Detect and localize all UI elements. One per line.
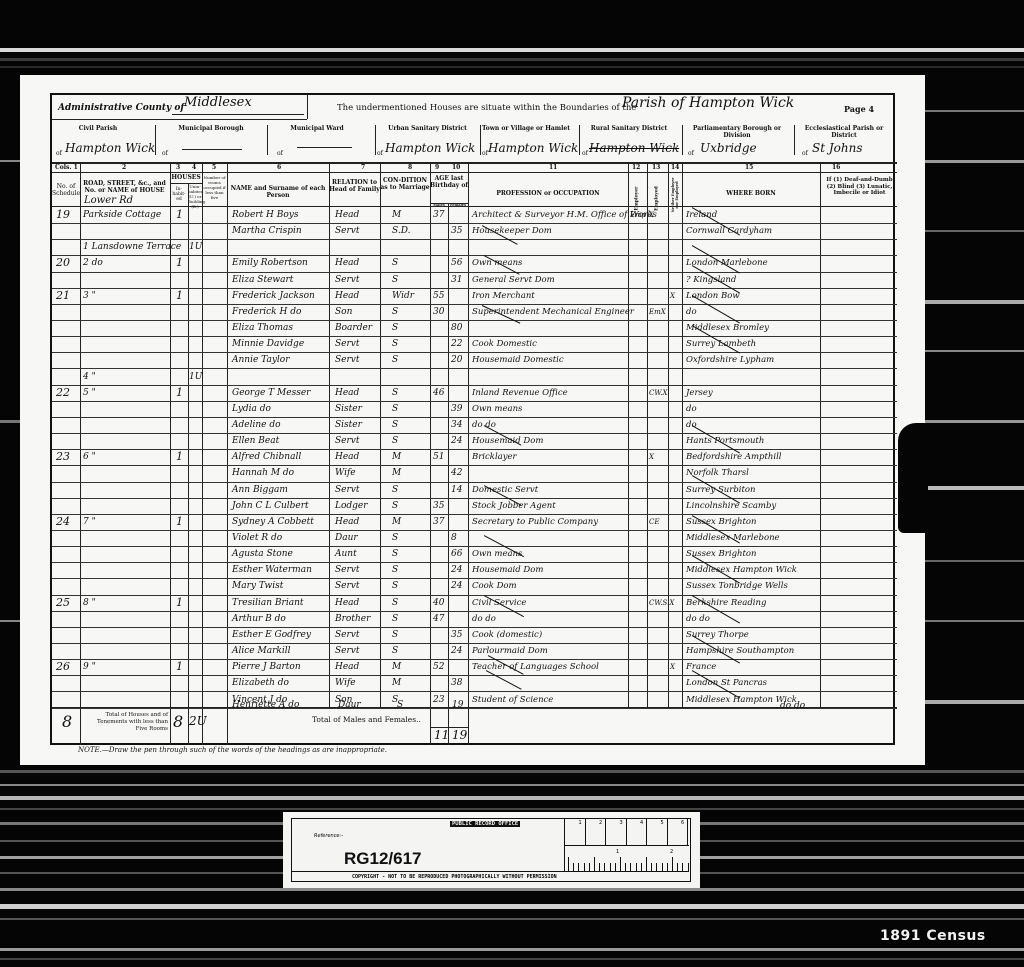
houses-inhabited: 1 — [176, 288, 183, 304]
table-row: Alice MarkillServtS24Parlourmaid DomHamp… — [52, 643, 897, 659]
marital-condition: S — [392, 272, 398, 288]
total-females: 19 — [452, 728, 467, 742]
marital-condition: M — [392, 207, 401, 223]
houses-inhabited: 1 — [176, 659, 183, 675]
table-row: 247 "1Sydney A CobbettHeadM37Secretary t… — [52, 514, 897, 530]
person-name: Martha Crispin — [232, 223, 302, 239]
employed-mark: CW.X — [649, 385, 668, 401]
district-dash — [297, 147, 352, 148]
occupation: Housemaid Dom — [472, 562, 543, 578]
house-address: 9 " — [83, 659, 96, 675]
occupation: Iron Merchant — [472, 288, 535, 304]
age-male: 37 — [433, 514, 444, 530]
relation: Sister — [335, 417, 362, 433]
census-form: Administrative County of Middlesex The u… — [50, 93, 895, 745]
houses-uninhabited: 1U — [189, 239, 202, 255]
relation: Boarder — [335, 320, 372, 336]
schedule-number: 26 — [56, 659, 70, 675]
employed-mark: CE — [649, 514, 659, 530]
occupation: do do — [472, 611, 496, 627]
birthplace: Hampshire Southampton — [686, 643, 794, 659]
person-name: John C L Culbert — [232, 498, 309, 514]
marital-condition: S — [392, 255, 398, 271]
age-male: 37 — [433, 207, 444, 223]
person-name: Emily Robertson — [232, 255, 308, 271]
house-address: 5 " — [83, 385, 96, 401]
person-name: Arthur B do — [232, 611, 286, 627]
occupation: Own means — [472, 401, 522, 417]
age-female: 35 — [451, 223, 462, 239]
occupation: Housemaid Domestic — [472, 352, 564, 368]
marital-condition: S — [392, 433, 398, 449]
house-address: 2 do — [83, 255, 103, 271]
age-female: 35 — [451, 627, 462, 643]
house-address: Parkside Cottage — [83, 207, 161, 223]
person-name: Esther E Godfrey — [232, 627, 311, 643]
birthplace: Cornwall Cardyham — [686, 223, 772, 239]
neither-mark: X — [670, 288, 675, 304]
age-male: 30 — [433, 304, 444, 320]
relation: Lodger — [335, 498, 368, 514]
person-name: Esther Waterman — [232, 562, 312, 578]
marital-condition: S — [392, 336, 398, 352]
birthplace: Bedfordshire Ampthill — [686, 449, 782, 465]
relation: Sister — [335, 401, 362, 417]
birthplace: Surrey Surbiton — [686, 482, 756, 498]
person-name: Frederick Jackson — [232, 288, 315, 304]
occupation: Cook (domestic) — [472, 627, 542, 643]
employer-mark: Emp — [630, 207, 646, 223]
schedule-number: 25 — [56, 595, 70, 611]
table-row: 19Parkside Cottage1Robert H BoysHeadM37A… — [52, 207, 897, 223]
birthplace: Lincolnshire Scamby — [686, 498, 776, 514]
houses-uninhabited: 1U — [189, 369, 202, 385]
marital-condition: S — [392, 562, 398, 578]
birthplace: Hants Portsmouth — [686, 433, 764, 449]
age-female: 24 — [451, 433, 462, 449]
age-female: 31 — [451, 272, 462, 288]
marital-condition: S — [392, 530, 398, 546]
birthplace: France — [686, 659, 716, 675]
birthplace: Berkshire Reading — [686, 595, 766, 611]
age-female: 14 — [451, 482, 462, 498]
person-name: Hannah M do — [232, 465, 294, 481]
table-row: 1 Lansdowne Terrace1U — [52, 239, 897, 255]
district-value: Hampton Wick — [65, 141, 155, 155]
marital-condition: S — [392, 546, 398, 562]
col-age-header: AGE last Birthday of — [430, 175, 468, 189]
reference-label: Reference:- — [314, 833, 343, 839]
marital-condition: S — [392, 482, 398, 498]
total-uninhabited: 2U — [189, 714, 207, 728]
person-name: Ann Biggam — [232, 482, 288, 498]
person-name: Robert H Boys — [232, 207, 299, 223]
marital-condition: S.D. — [392, 223, 410, 239]
person-name: Frederick H do — [232, 304, 301, 320]
col-schedule-header: No. of Schedule — [52, 183, 80, 197]
table-row: Esther WatermanServtS24Housemaid DomMidd… — [52, 562, 897, 578]
relation: Head — [335, 385, 359, 401]
age-male: 51 — [433, 449, 444, 465]
table-row: Eliza StewartServtS31General Servt Dom? … — [52, 272, 897, 288]
person-name: Eliza Thomas — [232, 320, 293, 336]
relation: Servt — [335, 433, 360, 449]
house-address: 6 " — [83, 449, 96, 465]
table-row: 258 "1Tresilian BriantHeadS40Civil Servi… — [52, 595, 897, 611]
marital-condition: S — [392, 304, 398, 320]
person-name: Eliza Stewart — [232, 272, 293, 288]
relation: Head — [335, 595, 359, 611]
relation: Head — [335, 255, 359, 271]
table-row: Eliza ThomasBoarderS80Middlesex Bromley — [52, 320, 897, 336]
occupation: Secretary to Public Company — [472, 514, 598, 530]
person-name: Elizabeth do — [232, 675, 289, 691]
table-row: Ann BiggamServtS14Domestic ServtSurrey S… — [52, 482, 897, 498]
age-male: 40 — [433, 595, 444, 611]
census-year-caption: 1891 Census — [880, 928, 986, 944]
age-female: 8 — [451, 530, 457, 546]
marital-condition: S — [392, 385, 398, 401]
marital-condition: S — [392, 578, 398, 594]
table-row: 4 "1U — [52, 369, 897, 385]
person-name: Agusta Stone — [232, 546, 293, 562]
houses-inhabited: 1 — [176, 595, 183, 611]
age-female: 56 — [451, 255, 462, 271]
relation: Brother — [335, 611, 370, 627]
employed-mark: X — [649, 449, 654, 465]
total-males: 11 — [434, 728, 449, 742]
relation: Servt — [335, 352, 360, 368]
relation: Head — [335, 207, 359, 223]
relation: Servt — [335, 643, 360, 659]
district-label: Civil Parish — [52, 125, 144, 132]
person-name: Mary Twist — [232, 578, 283, 594]
table-row: 213 "1Frederick JacksonHeadWidr55Iron Me… — [52, 288, 897, 304]
reference-slip: PUBLIC RECORD OFFICE Reference:- RG12/61… — [283, 812, 700, 888]
marital-condition: M — [392, 449, 401, 465]
table-row: John C L CulbertLodgerS35Stock Jobber Ag… — [52, 498, 897, 514]
marital-condition: S — [392, 417, 398, 433]
marital-condition: M — [392, 465, 401, 481]
age-female: 80 — [451, 320, 462, 336]
marital-condition: S — [392, 498, 398, 514]
record-office-label: PUBLIC RECORD OFFICE — [450, 821, 520, 827]
table-row: Mary TwistServtS24Cook DomSussex Tonbrid… — [52, 578, 897, 594]
relation: Head — [335, 288, 359, 304]
col-infirmity-header: If (1) Deaf-and-Dumb (2) Blind (3) Lunat… — [822, 177, 897, 197]
district-dash — [182, 149, 242, 150]
schedule-number: 23 — [56, 449, 70, 465]
col-name-header: NAME and Surname of each Person — [227, 185, 329, 199]
marital-condition: S — [392, 627, 398, 643]
table-row: Violet R doDaurS8Middlesex Marlebone — [52, 530, 897, 546]
employed-mark: EmX — [649, 304, 666, 320]
house-address: 3 " — [83, 288, 96, 304]
col-occupation-header: PROFESSION or OCCUPATION — [468, 190, 628, 197]
age-female: 22 — [451, 336, 462, 352]
relation: Servt — [335, 578, 360, 594]
person-name: Ellen Beat — [232, 433, 279, 449]
total-schedules: 8 — [62, 712, 72, 731]
occupation: Housemaid Dom — [472, 433, 543, 449]
age-female: 20 — [451, 352, 462, 368]
persons-total-label: Total of Males and Females.. — [312, 715, 421, 724]
age-male: 52 — [433, 659, 444, 675]
person-name: Alfred Chibnall — [232, 449, 301, 465]
col-condition-header: CON-DITION as to Marriage — [380, 177, 430, 191]
table-row: Minnie DavidgeServtS22Cook DomesticSurre… — [52, 336, 897, 352]
county-value: Middlesex — [184, 95, 252, 110]
marital-condition: S — [392, 643, 398, 659]
relation: Head — [335, 514, 359, 530]
marital-condition: Widr — [392, 288, 414, 304]
neither-mark: X — [670, 659, 675, 675]
house-address: 8 " — [83, 595, 96, 611]
table-row: Hannah M doWifeM42Norfolk Tharsl — [52, 465, 897, 481]
birthplace: Sussex Brighton — [686, 546, 757, 562]
occupation: Cook Dom — [472, 578, 517, 594]
birthplace: Middlesex Hampton Wick — [686, 562, 797, 578]
schedule-number: 19 — [56, 207, 70, 223]
schedule-number: 22 — [56, 385, 70, 401]
total-inhabited: 8 — [173, 712, 183, 731]
form-note: NOTE.—Draw the pen through such of the w… — [78, 746, 387, 754]
county-label: Administrative County of — [58, 103, 184, 113]
houses-inhabited: 1 — [176, 207, 183, 223]
birthplace: do do — [686, 611, 710, 627]
schedule-number: 24 — [56, 514, 70, 530]
boundary-text: The undermentioned Houses are situate wi… — [337, 103, 636, 113]
birthplace: do — [686, 304, 697, 320]
relation: Servt — [335, 336, 360, 352]
relation: Aunt — [335, 546, 357, 562]
person-name: Sydney A Cobbett — [232, 514, 314, 530]
marital-condition: S — [392, 611, 398, 627]
employed-mark: CW.S.X — [649, 595, 674, 611]
boundary-value: Parish of Hampton Wick — [622, 95, 794, 111]
marital-condition: S — [392, 352, 398, 368]
age-male: 23 — [433, 692, 444, 708]
col-houses-header: HOUSES — [170, 174, 202, 181]
marital-condition: M — [392, 675, 401, 691]
table-row: 236 "1Alfred ChibnallHeadM51BricklayerXB… — [52, 449, 897, 465]
birthplace: Jersey — [686, 385, 713, 401]
age-male: 35 — [433, 498, 444, 514]
relation: Servt — [335, 627, 360, 643]
occupation: General Servt Dom — [472, 272, 555, 288]
col-address-header: ROAD, STREET, &c., and No. or NAME of HO… — [82, 180, 167, 194]
table-row: Ellen BeatServtS24Housemaid DomHants Por… — [52, 433, 897, 449]
relation: Head — [335, 449, 359, 465]
col-relation-header: RELATION to Head of Family — [329, 179, 380, 193]
reference-number: RG12/617 — [344, 849, 422, 869]
birthplace: Surrey Thorpe — [686, 627, 749, 643]
table-row: Arthur B doBrotherS47do dodo do — [52, 611, 897, 627]
houses-inhabited: 1 — [176, 255, 183, 271]
relation: Servt — [335, 482, 360, 498]
occupation: Cook Domestic — [472, 336, 537, 352]
houses-total-label: Total of Houses and of Tenements with le… — [84, 712, 168, 733]
table-row: Lydia doSisterS39Own meansdo — [52, 401, 897, 417]
table-row: Agusta StoneAuntS66Own meansSussex Brigh… — [52, 546, 897, 562]
person-name: Tresilian Briant — [232, 595, 303, 611]
relation: Servt — [335, 223, 360, 239]
relation: Son — [335, 304, 352, 320]
age-female: 66 — [451, 546, 462, 562]
age-female: 34 — [451, 417, 462, 433]
house-address: 7 " — [83, 514, 96, 530]
age-male: 55 — [433, 288, 444, 304]
table-row: Elizabeth doWifeM38London St Pancras — [52, 675, 897, 691]
person-name: Violet R do — [232, 530, 282, 546]
birthplace: Norfolk Tharsl — [686, 465, 749, 481]
page-number: Page 4 — [844, 104, 874, 114]
houses-inhabited: 1 — [176, 449, 183, 465]
birthplace: do — [686, 401, 697, 417]
person-name: George T Messer — [232, 385, 310, 401]
occupation: Inland Revenue Office — [472, 385, 568, 401]
person-name: Minnie Davidge — [232, 336, 304, 352]
occupation: Bricklayer — [472, 449, 517, 465]
person-name: Annie Taylor — [232, 352, 290, 368]
table-row: Adeline doSisterS34do dodo — [52, 417, 897, 433]
table-row: 269 "1Pierre J BartonHeadM52Teacher of L… — [52, 659, 897, 675]
age-female: 39 — [451, 401, 462, 417]
birthplace: Sussex Brighton — [686, 514, 757, 530]
col-where-born-header: WHERE BORN — [682, 190, 820, 197]
employed-mark: X — [649, 207, 654, 223]
occupation: Parlourmaid Dom — [472, 643, 548, 659]
marital-condition: M — [392, 514, 401, 530]
age-male: 46 — [433, 385, 444, 401]
age-female: 42 — [451, 465, 462, 481]
age-female: 38 — [451, 675, 462, 691]
copyright-notice: COPYRIGHT - NOT TO BE REPRODUCED PHOTOGR… — [352, 874, 557, 880]
table-row: Martha CrispinServtS.D.35Housekeeper Dom… — [52, 223, 897, 239]
marital-condition: S — [392, 595, 398, 611]
age-female: 24 — [451, 578, 462, 594]
table-row: Annie TaylorServtS20Housemaid DomesticOx… — [52, 352, 897, 368]
birthplace: Oxfordshire Lypham — [686, 352, 774, 368]
person-name: Pierre J Barton — [232, 659, 301, 675]
relation: Servt — [335, 272, 360, 288]
marital-condition: M — [392, 659, 401, 675]
table-row: Vincent J doSonS23Student of ScienceMidd… — [52, 692, 897, 708]
age-male: 47 — [433, 611, 444, 627]
schedule-number: 20 — [56, 255, 70, 271]
age-female: 24 — [451, 562, 462, 578]
houses-inhabited: 1 — [176, 514, 183, 530]
table-row: 202 do1Emily RobertsonHeadS56Own meansLo… — [52, 255, 897, 271]
schedule-number: 21 — [56, 288, 70, 304]
table-row: Esther E GodfreyServtS35Cook (domestic)S… — [52, 627, 897, 643]
house-address: 1 Lansdowne Terrace — [83, 239, 181, 255]
occupation: Own means — [472, 546, 522, 562]
street-heading: Lower Rd — [84, 195, 133, 206]
relation: Daur — [335, 530, 358, 546]
relation: Servt — [335, 562, 360, 578]
age-female: 24 — [451, 643, 462, 659]
marital-condition: S — [392, 320, 398, 336]
birthplace: Surrey Lambeth — [686, 336, 756, 352]
person-name: Adeline do — [232, 417, 281, 433]
relation: Wife — [335, 465, 356, 481]
occupation: Student of Science — [472, 692, 553, 708]
person-name: Alice Markill — [232, 643, 290, 659]
table-row: Frederick H doSonS30Superintendent Mecha… — [52, 304, 897, 320]
house-address: 4 " — [83, 369, 96, 385]
person-name: Lydia do — [232, 401, 271, 417]
relation: Wife — [335, 675, 356, 691]
houses-inhabited: 1 — [176, 385, 183, 401]
relation: Head — [335, 659, 359, 675]
marital-condition: S — [392, 401, 398, 417]
table-row: 225 "1George T MesserHeadS46Inland Reven… — [52, 385, 897, 401]
